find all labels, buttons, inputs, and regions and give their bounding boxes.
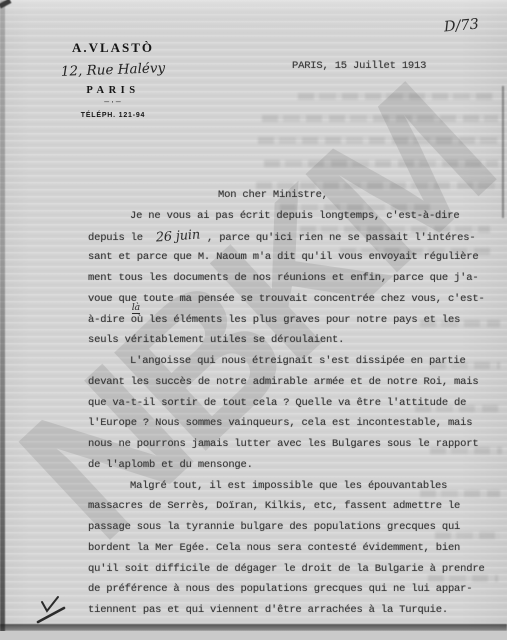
body-line: seuls véritablement utiles se déroulaien… [88, 330, 488, 351]
letterhead: A.VLASTÒ 12, Rue Halévy PARIS —·— TÉLÉPH… [52, 40, 174, 119]
scan-bottom-edge [0, 624, 507, 631]
letterhead-telephone: TÉLÉPH. 121-94 [52, 112, 174, 119]
bleed-through-line [264, 160, 498, 167]
body-line: devant les succès de notre admirable arm… [88, 372, 488, 393]
body-line: L'angoisse qui nous étreignait s'est dis… [88, 351, 488, 372]
checkmark-annotation [34, 594, 72, 628]
scan-corner-mark [0, 0, 11, 9]
letterhead-street-address: 12, Rue Halévy [52, 60, 174, 80]
body-line: qu'il soit difficile de dégager le droit… [88, 559, 488, 580]
body-line-segment: à-dire [88, 314, 131, 326]
body-line: depuis le 26 juin, parce qu'ici rien ne … [88, 227, 488, 248]
bleed-through-line [298, 93, 494, 100]
body-line: de préférence à nous des populations gre… [88, 579, 488, 600]
body-line: ment tous les documents de nos réunions … [88, 268, 488, 289]
body-line: Je ne vous ai pas écrit depuis longtemps… [88, 206, 488, 227]
body-line: à-dire làoù les éléments les plus graves… [88, 310, 488, 331]
date-line: PARIS, 15 Juillet 1913 [292, 60, 426, 72]
scan-right-edge [502, 86, 504, 218]
body-line: de l'aplomb et du mensonge. [88, 455, 488, 476]
handwritten-reference-number: D/73 [443, 17, 479, 36]
scan-bottom-strip [0, 631, 507, 640]
letterhead-city: PARIS [52, 85, 174, 96]
bleed-through-line [262, 115, 498, 122]
body-line: l'Europe ? Nous sommes vainqueurs, cela … [88, 413, 488, 434]
body-line-segment: les éléments les plus graves pour notre … [143, 314, 460, 326]
letterhead-divider: —·— [52, 98, 174, 107]
body-line: que va-t-il sortir de tout cela ? Quelle… [88, 393, 488, 414]
scanned-letter-page: NBKM A.VLASTÒ 12, Rue Halévy PARIS —·— T… [0, 0, 507, 640]
annotated-word: làoù [131, 314, 143, 326]
body-line: tiennent pas et qui viennent d'être arra… [88, 600, 488, 621]
body-line: sant et parce que M. Naoum m'a dit qu'il… [88, 247, 488, 268]
letter-body: Mon cher Ministre, Je ne vous ai pas écr… [88, 185, 488, 621]
body-line: bordent la Mer Egée. Cela nous sera cont… [88, 538, 488, 559]
body-line: nous ne pourrons jamais lutter avec les … [88, 434, 488, 455]
body-line-segment: où [131, 314, 143, 326]
body-line-segment: depuis le [88, 232, 149, 244]
body-line-segment: , parce qu'ici rien ne se passait l'inté… [207, 232, 475, 244]
salutation: Mon cher Ministre, [88, 185, 488, 206]
body-line: Malgré tout, il est impossible que les é… [88, 476, 488, 497]
body-line: massacres de Serrès, Doïran, Kilkis, etc… [88, 496, 488, 517]
handwritten-correction: là [132, 303, 140, 314]
bleed-through-line [258, 137, 498, 144]
handwritten-inline-date: 26 juin [148, 225, 207, 250]
body-line: voue que toute ma pensée se trouvait con… [88, 289, 488, 310]
body-line: passage sous la tyrannie bulgare des pop… [88, 517, 488, 538]
scan-left-edge [0, 0, 5, 640]
letterhead-sender-name: A.VLASTÒ [52, 40, 174, 56]
